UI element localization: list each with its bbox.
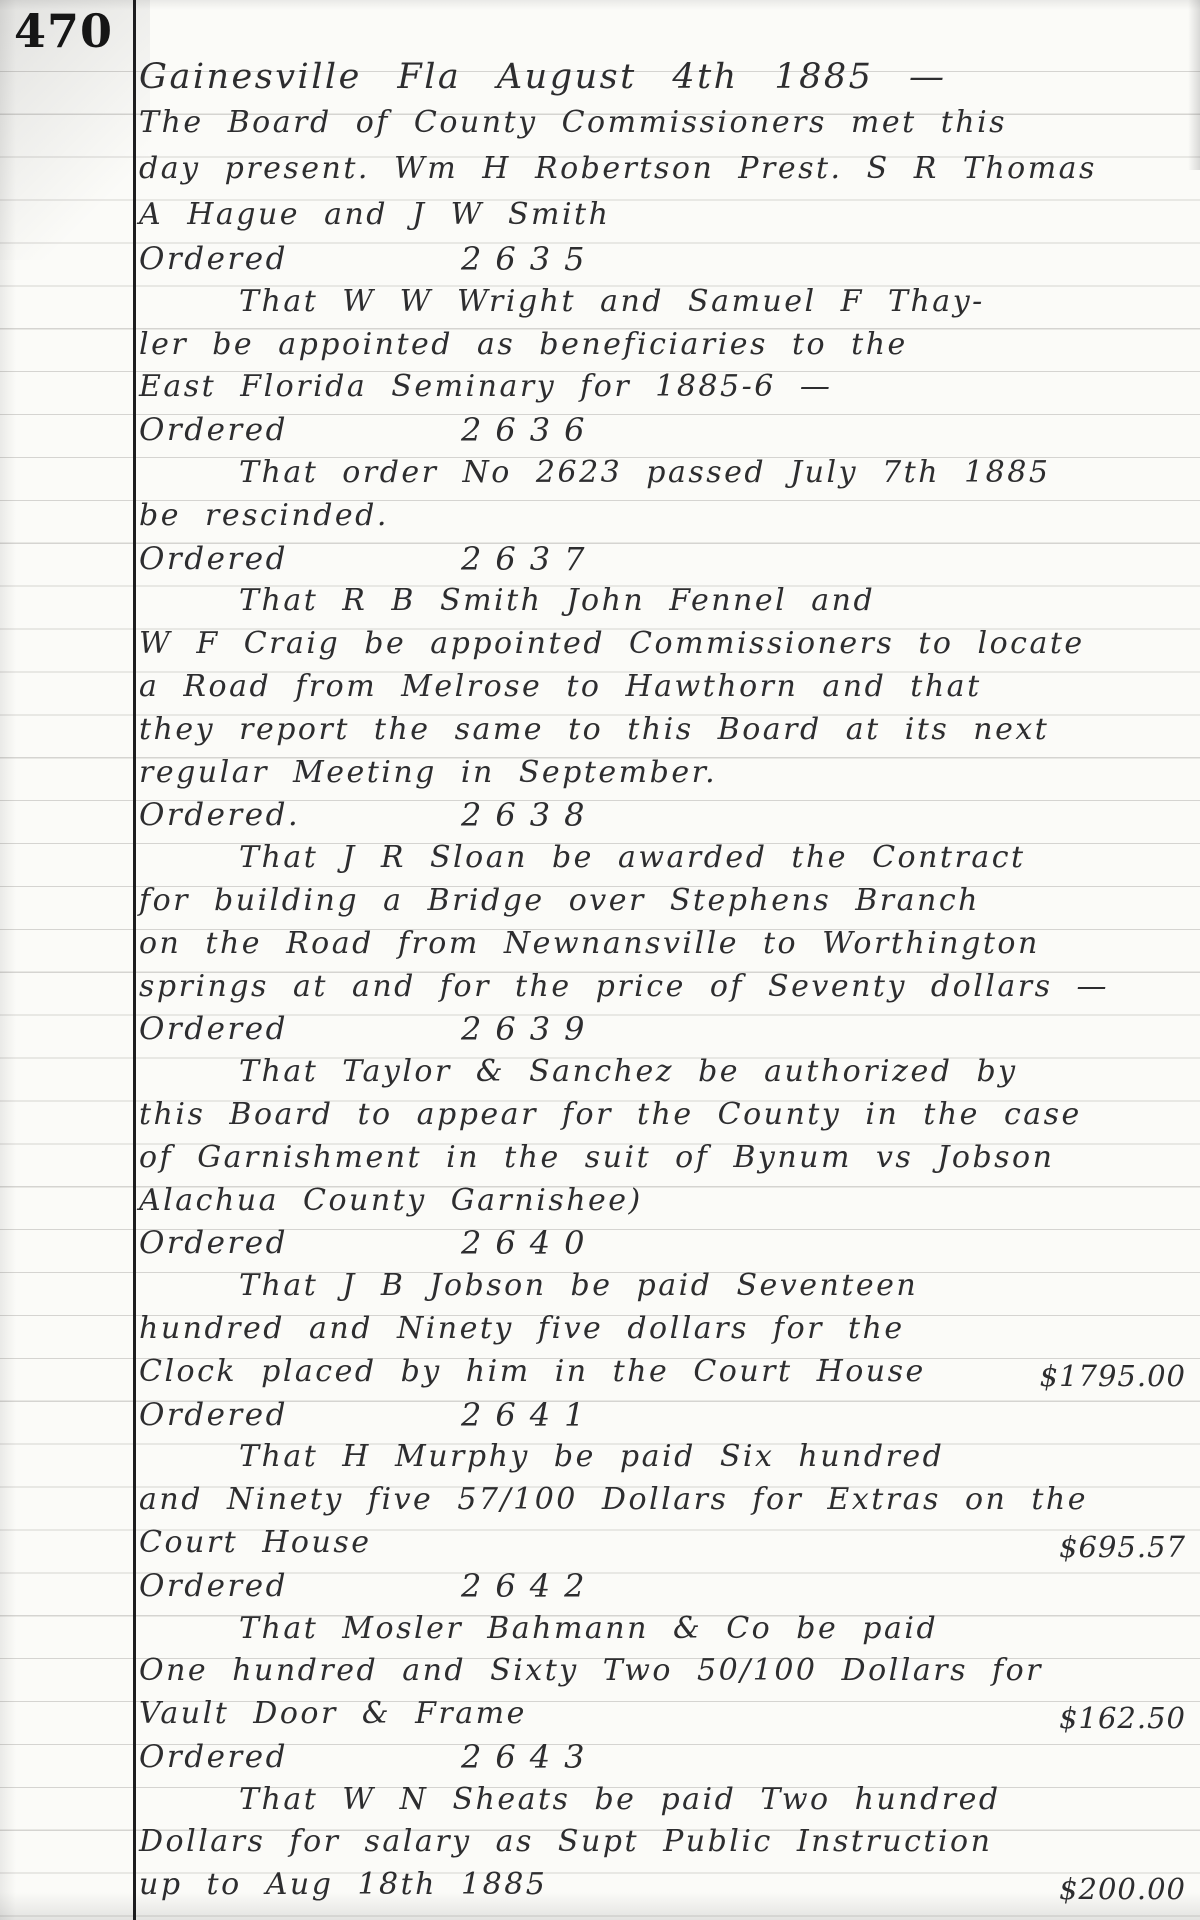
order-label: Ordered: [139, 1225, 288, 1261]
order-row: Ordered2635: [139, 238, 1190, 281]
heading-line: A Hague and J W Smith: [139, 192, 1190, 238]
amount-value: $200.00: [1059, 1868, 1186, 1911]
amount-value: $1795.00: [1040, 1355, 1186, 1398]
order-body-line: East Florida Seminary for 1885-6 —: [139, 366, 1190, 409]
order-row: Ordered2636: [139, 409, 1190, 452]
order-body-line: That W N Sheats be paid Two hundred: [139, 1779, 1190, 1822]
order-number: 2637: [461, 538, 598, 581]
order-row: Ordered2641: [139, 1394, 1190, 1437]
order-body-line: springs at and for the price of Seventy …: [139, 966, 1190, 1009]
order-label: Ordered.: [139, 797, 300, 833]
order-number: 2639: [461, 1008, 598, 1051]
scan-shading-top: [0, 0, 1200, 10]
scan-shading-left: [0, 0, 16, 1920]
margin-rule: [133, 0, 136, 1920]
order-number: 2638: [461, 794, 598, 837]
order-body-line: Clock placed by him in the Court House$1…: [139, 1351, 1190, 1394]
amount-value: $162.50: [1059, 1697, 1186, 1740]
order-number: 2640: [461, 1222, 598, 1265]
order-body-line: ler be appointed as beneficiaries to the: [139, 324, 1190, 367]
amount-value: $695.57: [1059, 1526, 1186, 1569]
order-label: Ordered: [139, 241, 288, 277]
order-body-line: hundred and Ninety five dollars for the: [139, 1308, 1190, 1351]
order-label: Ordered: [139, 1739, 288, 1775]
order-body-line: Dollars for salary as Supt Public Instru…: [139, 1821, 1190, 1864]
heading-line: The Board of County Commissioners met th…: [139, 100, 1190, 146]
order-body-line: W F Craig be appointed Commissioners to …: [139, 623, 1190, 666]
order-number: 2636: [461, 409, 598, 452]
page-number: 470: [14, 4, 113, 58]
order-body-line: That Mosler Bahmann & Co be paid: [139, 1608, 1190, 1651]
order-body-line: That J B Jobson be paid Seventeen: [139, 1265, 1190, 1308]
order-number: 2643: [461, 1736, 598, 1779]
order-body-line: One hundred and Sixty Two 50/100 Dollars…: [139, 1650, 1190, 1693]
order-body-line: That Taylor & Sanchez be authorized by: [139, 1051, 1190, 1094]
order-body-line: be rescinded.: [139, 495, 1190, 538]
order-body-line: That H Murphy be paid Six hundred: [139, 1436, 1190, 1479]
order-number: 2635: [461, 238, 598, 281]
order-body-line: and Ninety five 57/100 Dollars for Extra…: [139, 1479, 1190, 1522]
handwritten-content: Gainesville Fla August 4th 1885 —The Boa…: [139, 54, 1190, 1907]
order-body-line: Alachua County Garnishee): [139, 1180, 1190, 1223]
order-row: Ordered2640: [139, 1222, 1190, 1265]
order-body-line: regular Meeting in September.: [139, 752, 1190, 795]
order-body-line: on the Road from Newnansville to Worthin…: [139, 923, 1190, 966]
order-label: Ordered: [139, 412, 288, 448]
order-body-line: Vault Door & Frame$162.50: [139, 1693, 1190, 1736]
order-number: 2642: [461, 1565, 598, 1608]
order-body-line: for building a Bridge over Stephens Bran…: [139, 880, 1190, 923]
order-row: Ordered2642: [139, 1565, 1190, 1608]
order-body-line: a Road from Melrose to Hawthorn and that: [139, 666, 1190, 709]
order-row: Ordered.2638: [139, 794, 1190, 837]
heading-line: Gainesville Fla August 4th 1885 —: [139, 54, 1190, 100]
order-row: Ordered2637: [139, 538, 1190, 581]
order-label: Ordered: [139, 1397, 288, 1433]
order-label: Ordered: [139, 1568, 288, 1604]
order-row: Ordered2639: [139, 1008, 1190, 1051]
order-body-line: That W W Wright and Samuel F Thay-: [139, 281, 1190, 324]
order-body-line: they report the same to this Board at it…: [139, 709, 1190, 752]
heading-line: day present. Wm H Robertson Prest. S R T…: [139, 146, 1190, 192]
order-body-line: of Garnishment in the suit of Bynum vs J…: [139, 1137, 1190, 1180]
order-body-line: That J R Sloan be awarded the Contract: [139, 837, 1190, 880]
order-body-line: That order No 2623 passed July 7th 1885: [139, 452, 1190, 495]
order-body-line: this Board to appear for the County in t…: [139, 1094, 1190, 1137]
order-body-line: That R B Smith John Fennel and: [139, 580, 1190, 623]
order-body-line: up to Aug 18th 1885$200.00: [139, 1864, 1190, 1907]
order-body-line: Court House$695.57: [139, 1522, 1190, 1565]
order-number: 2641: [461, 1394, 598, 1437]
order-row: Ordered2643: [139, 1736, 1190, 1779]
order-label: Ordered: [139, 541, 288, 577]
ledger-sheet: 470 Gainesville Fla August 4th 1885 —The…: [0, 0, 1200, 1920]
order-label: Ordered: [139, 1011, 288, 1047]
